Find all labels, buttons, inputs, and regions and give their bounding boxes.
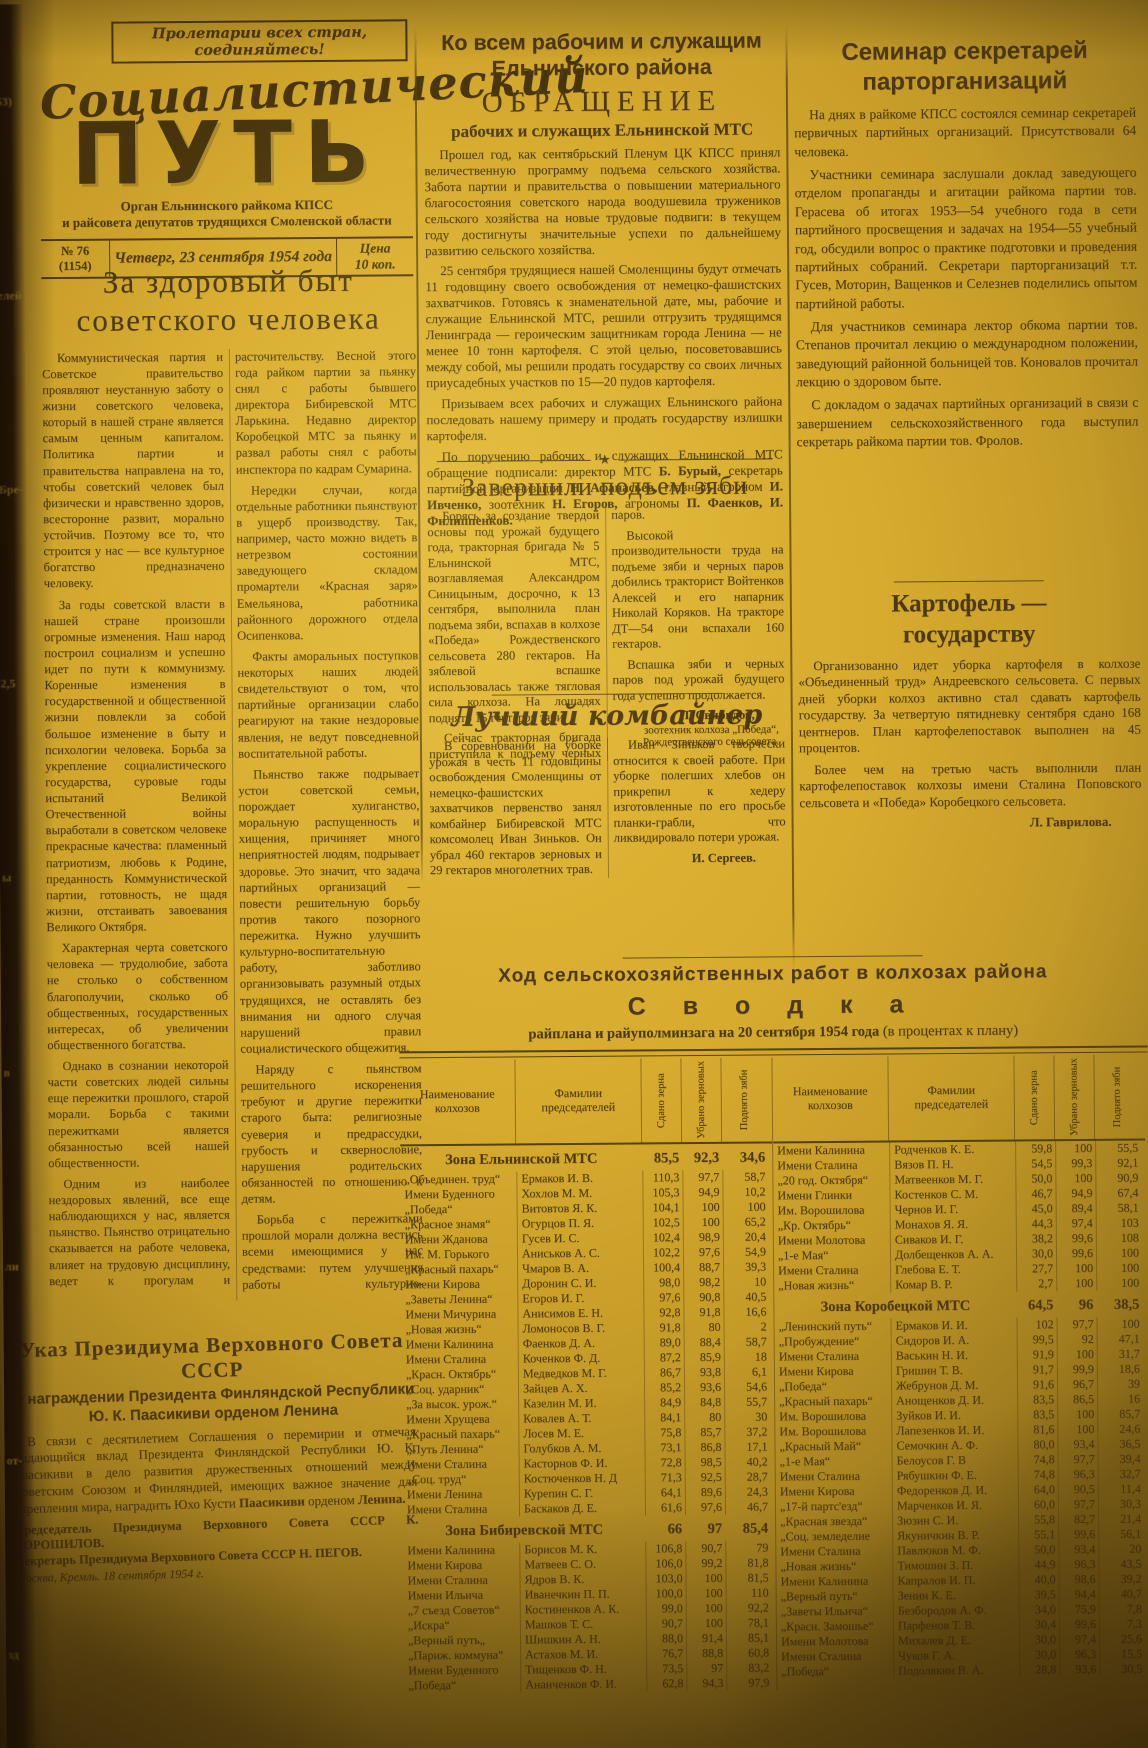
farm-name-cell: „Новая жизнь“ <box>776 1559 892 1575</box>
value-cell: 100 <box>1096 1246 1142 1261</box>
issue-number-main: № 76 <box>43 243 107 259</box>
zone-label: Зона Коробецкой МТС <box>774 1298 1016 1317</box>
chairman-cell: Васькин Н. И. <box>891 1348 1017 1364</box>
value-cell: 43,5 <box>1098 1557 1144 1572</box>
headline-plowing: Завершили подъем зяби <box>427 470 783 503</box>
farm-name-cell: Имени Калинина <box>403 1542 519 1558</box>
paragraph: Более чем на третью часть выполнили план… <box>799 759 1141 811</box>
value-cell: 44,3 <box>1016 1216 1056 1231</box>
value-cell: 21,4 <box>1098 1512 1144 1527</box>
chairman-cell: Монахов Я. Я. <box>890 1217 1016 1233</box>
farm-name-cell: Имени Мичурина <box>401 1306 517 1322</box>
zone-total: 38,5 <box>1096 1297 1142 1314</box>
farm-name-cell: „Пробуждение“ <box>775 1334 891 1350</box>
value-cell: 86,7 <box>644 1365 684 1380</box>
value-cell: 36,5 <box>1097 1437 1143 1452</box>
chairman-cell: Зюзин С. И. <box>892 1513 1018 1529</box>
paragraph: Пьянство также подрывает устои советской… <box>238 765 421 1057</box>
value-cell: 102,2 <box>643 1245 683 1260</box>
value-cell: 110 <box>726 1585 772 1600</box>
value-cell: 11,4 <box>1098 1482 1144 1497</box>
divider <box>894 580 1044 582</box>
farm-name-cell: Имени Сталина <box>403 1572 519 1588</box>
value-cell: 100 <box>683 1215 723 1230</box>
value-cell: 40,0 <box>1018 1572 1058 1587</box>
chairman-cell: Чернов И. Г. <box>890 1202 1016 1218</box>
article-body: Коммунистическая партия и Советское прав… <box>42 347 423 1302</box>
farm-name-cell: „Новая жизнь“ <box>774 1278 890 1294</box>
value-cell: 30,0 <box>1019 1647 1059 1662</box>
value-cell: 98,0 <box>643 1275 683 1290</box>
value-cell: 93,6 <box>1059 1662 1099 1677</box>
value-cell: 100 <box>1096 1317 1142 1332</box>
value-cell: 55,5 <box>1095 1141 1141 1156</box>
value-cell: 100 <box>1096 1276 1142 1291</box>
value-cell: 39,2 <box>1098 1572 1144 1587</box>
farm-name-cell: „Победа“ <box>777 1664 893 1680</box>
value-cell: 93,8 <box>684 1365 724 1380</box>
appeal-subtitle: рабочих и служащих Ельнинской МТС <box>424 119 780 142</box>
chairman-cell: Сидоров И. А. <box>891 1333 1017 1349</box>
header-farm-name: Наименование колхозов <box>399 1059 516 1144</box>
value-cell: 17,1 <box>724 1439 770 1454</box>
value-cell: 103,0 <box>645 1571 685 1586</box>
value-cell: 91,8 <box>683 1305 723 1320</box>
farm-name-cell: „Искра“ <box>404 1617 520 1633</box>
value-cell: 100 <box>1096 1261 1142 1276</box>
value-cell: 99,5 <box>1017 1332 1057 1347</box>
value-cell: 89,6 <box>685 1485 725 1500</box>
paragraph: Иван Зиньков творчески относится к своей… <box>613 736 786 846</box>
farm-name-cell: „Победа“ <box>401 1201 517 1217</box>
value-cell: 44,9 <box>1018 1557 1058 1572</box>
value-cell: 39,3 <box>723 1259 769 1274</box>
header-grain-delivered: Сдано зерна <box>1014 1055 1055 1139</box>
chairman-cell: Костенков С. М. <box>889 1187 1015 1203</box>
paragraph: Однако в сознании некоторой части советс… <box>47 1057 229 1171</box>
table-header: Наименование колхозов Фамилии председате… <box>399 1057 772 1146</box>
farm-name-cell: „Верный путь„ <box>404 1632 520 1648</box>
value-cell: 58,7 <box>722 1169 768 1184</box>
headline-seminar: Семинар секретарей парторганизаций <box>793 36 1135 99</box>
value-cell: 99,6 <box>1056 1246 1096 1261</box>
star-divider: ★ <box>437 450 773 469</box>
value-cell: 39,4 <box>1098 1452 1144 1467</box>
farm-name-cell: „Новая жизнь“ <box>402 1321 518 1337</box>
chairman-cell: Костиненков А. К. <box>520 1601 646 1617</box>
table-zone-row: Зона Ельнинской МТС85,592,334,6 <box>400 1143 772 1172</box>
chairman-cell: Родченков К. Е. <box>889 1142 1015 1158</box>
value-cell: 85,7 <box>1097 1407 1143 1422</box>
farm-name-cell: „Красный пахарь“ <box>401 1261 517 1277</box>
value-cell: 76,7 <box>646 1646 686 1661</box>
farm-name-cell: Имени Глинки <box>773 1188 889 1204</box>
text-run: орденом <box>305 1492 359 1508</box>
edge-text-fragment: зд <box>8 1648 19 1663</box>
paragraph: Организованно идет уборка картофеля в ко… <box>798 655 1141 757</box>
headline-combine-operator: Лучший комбайнер <box>429 699 785 733</box>
value-cell: 80,0 <box>1017 1437 1057 1452</box>
chairman-cell: Матвеенков М. Г. <box>889 1172 1015 1188</box>
farm-name-cell: Имени Сталина <box>402 1351 518 1367</box>
value-cell: 61,6 <box>645 1500 685 1515</box>
headline-line-2: государству <box>798 618 1140 652</box>
value-cell: 32,7 <box>1098 1467 1144 1482</box>
table-row: „Новая жизнь“Комар В. Р.2,7100100 <box>774 1276 1146 1294</box>
header-grain-harvested: Убрано зерновых <box>681 1058 722 1142</box>
value-cell: 108 <box>1096 1231 1142 1246</box>
value-cell: 96,3 <box>1058 1467 1098 1482</box>
farm-name-cell: Имени Калинина <box>773 1143 889 1159</box>
paragraph: Коммунистическая партия и Советское прав… <box>42 348 225 591</box>
farm-name-cell: Имени Сталина <box>773 1158 889 1174</box>
farm-name-cell: „Соц. ударник“ <box>402 1381 518 1397</box>
zone-total: 92,3 <box>682 1150 722 1167</box>
value-cell: 10 <box>723 1274 769 1289</box>
table-row: „Победа“Подолякин В. А.28,893,630,5 <box>777 1662 1148 1680</box>
vertical-label: Поднято зяби <box>1112 1066 1123 1127</box>
vertical-label: Сдано зерна <box>656 1073 667 1128</box>
zone-total: 64,5 <box>1016 1297 1056 1314</box>
farm-name-cell: Им. Ворошилова <box>775 1409 891 1425</box>
chairman-cell: Коченков Ф. Д. <box>518 1350 644 1366</box>
farm-name-cell: Имени Кирова <box>776 1484 892 1500</box>
paragraph: Л. Гаврилова. <box>800 814 1112 833</box>
organ-line-2: и райсовета депутатов трудящихся Смоленс… <box>41 213 413 232</box>
headline-line-2: парторганизаций <box>794 66 1136 99</box>
table-zone-row: Зона Бибиревской МТС669785,4 <box>403 1514 775 1543</box>
table-body-right: Имени КалининаРодченков К. Е.59,810055,5… <box>773 1141 1148 1680</box>
chairman-cell: Казелин М. И. <box>518 1395 644 1411</box>
value-cell: 7,8 <box>1099 1602 1145 1617</box>
farm-name-cell: Имени Сталина <box>403 1456 519 1472</box>
appeal-kicker-2: Ельнинского района <box>424 54 780 83</box>
chairman-cell: Борисов М. К. <box>519 1541 645 1557</box>
value-cell: 81,8 <box>725 1555 771 1570</box>
value-cell: 90,5 <box>1058 1482 1098 1497</box>
divider-line <box>619 458 773 460</box>
appeal-headline: ОБРАЩЕНИЕ <box>424 84 780 120</box>
value-cell: 86,5 <box>1057 1392 1097 1407</box>
farm-name-cell: Имени Сталина <box>776 1469 892 1485</box>
headline-line-1: За здоровый быт <box>41 261 415 302</box>
paragraph: Факты аморальных поступков некоторых наш… <box>237 647 419 761</box>
farm-name-cell: Имени Сталина <box>774 1263 890 1279</box>
value-cell: 97,4 <box>1056 1216 1096 1231</box>
zone-label: Зона Ельнинской МТС <box>400 1150 642 1169</box>
zone-total: 85,4 <box>725 1520 771 1537</box>
value-cell: 85,1 <box>726 1630 772 1645</box>
value-cell: 31,7 <box>1097 1347 1143 1362</box>
farm-name-cell: Имени Жданова <box>401 1231 517 1247</box>
table-row: Имени СталинаБаскаков Д. Е.61,697,646,7 <box>403 1499 775 1517</box>
farm-name-cell: „Соц. земледелие <box>776 1529 892 1545</box>
chairman-cell: Иванечкин П. П. <box>520 1586 646 1602</box>
value-cell: 39,5 <box>1019 1587 1059 1602</box>
farm-name-cell: „Красн. Октябрь“ <box>402 1366 518 1382</box>
value-cell: 46,7 <box>725 1499 771 1514</box>
paragraph: И. Сергеев. <box>614 850 756 867</box>
value-cell: 27,7 <box>1016 1261 1056 1276</box>
value-cell: 60,0 <box>1018 1497 1058 1512</box>
article-body: В соревновании на уборке урожая в честь … <box>429 736 786 878</box>
article-body: Организованно идет уборка картофеля в ко… <box>798 655 1141 833</box>
text-run: Паасикиви <box>239 1493 305 1510</box>
vertical-label: Убрано зерновых <box>695 1061 707 1139</box>
chairman-cell: Зайцев А. Х. <box>518 1380 644 1396</box>
value-cell: 91,9 <box>1017 1347 1057 1362</box>
edge-text-fragment: 53) <box>0 94 12 109</box>
article-seminar: Семинар секретарей парторганизаций На дн… <box>793 36 1138 457</box>
chairman-cell: Белоусов Г. В <box>892 1453 1018 1469</box>
zone-total: 66 <box>645 1521 685 1538</box>
value-cell: 16 <box>1097 1392 1143 1407</box>
farm-name-cell: „Кр. Октябрь“ <box>774 1218 890 1234</box>
edge-text-fragment: елей <box>0 288 22 303</box>
table-zone-row: Зона Коробецкой МТС64,59638,5 <box>774 1291 1146 1320</box>
column-divider <box>785 24 794 970</box>
star-icon: ★ <box>599 452 611 468</box>
newspaper-scan: 53)елейБре-2,5ывлиот-зд Пролетарии всех … <box>0 0 1148 1748</box>
chairman-cell: Ермаков И. И. <box>891 1318 1017 1334</box>
chairman-cell: Долбещенков А. А. <box>890 1247 1016 1263</box>
vertical-label: Сдано зерна <box>1029 1070 1040 1125</box>
value-cell: 100 <box>686 1586 726 1601</box>
value-cell: 54,6 <box>724 1379 770 1394</box>
value-cell: 105,3 <box>642 1185 682 1200</box>
header-grain-delivered: Сдано зерна <box>641 1058 682 1142</box>
value-cell: 56,1 <box>1098 1527 1144 1542</box>
farm-name-cell: „Красное знамя“ <box>401 1216 517 1232</box>
value-cell: 90,8 <box>683 1290 723 1305</box>
value-cell: 100 <box>1057 1422 1097 1437</box>
headline-potato: Картофель — государству <box>798 587 1140 652</box>
farm-name-cell: Имени Сталина <box>776 1544 892 1560</box>
paragraph: Призываем всех рабочих и служащих Ельнин… <box>426 394 782 445</box>
value-cell: 38,2 <box>1016 1231 1056 1246</box>
value-cell: 84,1 <box>644 1410 684 1425</box>
value-cell: 97,7 <box>1056 1317 1096 1332</box>
value-cell: 97,9 <box>726 1675 772 1690</box>
value-cell: 64,0 <box>1018 1482 1058 1497</box>
farm-name-cell: Имени Кирова <box>775 1364 891 1380</box>
kolkhoz-table: Наименование колхозов Фамилии председате… <box>399 1055 1148 1694</box>
value-cell: 88,7 <box>683 1260 723 1275</box>
value-cell: 100 <box>723 1199 769 1214</box>
value-cell: 40,2 <box>725 1454 771 1469</box>
value-cell: 75,9 <box>1059 1602 1099 1617</box>
value-cell: 45,0 <box>1016 1201 1056 1216</box>
value-cell: 80 <box>684 1410 724 1425</box>
value-cell: 84,8 <box>684 1395 724 1410</box>
chairman-cell: Зенин К. Е. <box>893 1588 1019 1604</box>
edge-text-fragment: в <box>3 1065 10 1080</box>
chairman-cell: Федоренков Д. И. <box>892 1483 1018 1499</box>
chairman-cell: Медведков М. Г. <box>518 1365 644 1381</box>
farm-name-cell: „Путь Ленина“ <box>402 1441 518 1457</box>
chairman-cell: Тищенков Ф. Н. <box>520 1661 646 1677</box>
value-cell: 100 <box>1057 1407 1097 1422</box>
farm-name-cell: „7 съезд Советов“ <box>404 1602 520 1618</box>
article-potato: Картофель — государству Организованно ид… <box>798 580 1142 833</box>
chairman-cell: Егоров И. Г. <box>517 1290 643 1306</box>
value-cell: 100 <box>1056 1261 1096 1276</box>
chairman-cell: Доронин С. И. <box>517 1275 643 1291</box>
header-chairman: Фамилии председателей <box>888 1056 1015 1141</box>
headline-line-1: Семинар секретарей <box>793 36 1135 69</box>
farm-name-cell: „1-е Мая“ <box>774 1248 890 1264</box>
paragraph: В связи с десятилетием Соглашения о пере… <box>12 1423 418 1518</box>
farm-name-cell: „Красн. Замошье“ <box>777 1619 893 1635</box>
edge-text-fragment: 2,5 <box>0 677 15 692</box>
article-combine-operator: Лучший комбайнер В соревновании на уборк… <box>429 692 786 878</box>
value-cell: 65,2 <box>723 1214 769 1229</box>
headline-line-1: Картофель — <box>798 587 1140 621</box>
farm-name-cell: Имени Буденного <box>404 1662 520 1678</box>
farm-name-cell: „Победа“ <box>775 1379 891 1395</box>
header-farm-name: Наименование колхозов <box>772 1057 889 1142</box>
decree-body: В связи с десятилетием Соглашения о пере… <box>12 1423 418 1518</box>
value-cell: 28,8 <box>1019 1662 1059 1677</box>
chairman-cell: Рябушкин Ф. Е. <box>892 1468 1018 1484</box>
masthead: Пролетарии всех стран, соединяйтесь! Соц… <box>39 19 413 279</box>
farm-name-cell: „20 год. Октября“ <box>773 1173 889 1189</box>
chairman-cell: Михалев Д. Е. <box>893 1633 1019 1649</box>
value-cell: 50,0 <box>1018 1542 1058 1557</box>
value-cell: 18 <box>724 1349 770 1364</box>
value-cell: 91,4 <box>686 1631 726 1646</box>
chairman-cell: Огурцов П. Я. <box>517 1215 643 1231</box>
chairman-cell: Павлюков М. Ф. <box>892 1543 1018 1559</box>
value-cell: 97,6 <box>683 1245 723 1260</box>
value-cell: 28,7 <box>725 1469 771 1484</box>
headline-healthy-life: За здоровый быт советского человека <box>41 261 416 340</box>
value-cell: 30 <box>724 1409 770 1424</box>
value-cell: 54,5 <box>1015 1156 1055 1171</box>
value-cell: 94,3 <box>686 1676 726 1691</box>
chairman-cell: Якуничкин В. Р. <box>892 1528 1018 1544</box>
value-cell: 99,9 <box>1057 1362 1097 1377</box>
value-cell: 97,7 <box>1058 1497 1098 1512</box>
value-cell: 30,4 <box>1019 1617 1059 1632</box>
value-cell: 93,4 <box>1057 1437 1097 1452</box>
value-cell: 98,9 <box>683 1230 723 1245</box>
value-cell: 88,8 <box>686 1646 726 1661</box>
value-cell: 50,0 <box>1015 1171 1055 1186</box>
value-cell: 24,6 <box>1097 1422 1143 1437</box>
value-cell: 58,7 <box>724 1334 770 1349</box>
farm-name-cell: „За высок. урож.“ <box>402 1396 518 1412</box>
value-cell: 62,8 <box>646 1676 686 1691</box>
value-cell: 96,3 <box>1058 1557 1098 1572</box>
zone-total: 96 <box>1056 1297 1096 1314</box>
value-cell: 92,2 <box>726 1600 772 1615</box>
chairman-cell: Хохлов М. М. <box>516 1185 642 1201</box>
farm-name-cell: „Заветы Ильича“ <box>777 1604 893 1620</box>
table-body-left: Зона Ельнинской МТС85,592,334,6„Объедине… <box>400 1143 776 1693</box>
paragraph: За годы советской власти в нашей стране … <box>44 595 228 935</box>
value-cell: 100,4 <box>643 1260 683 1275</box>
summary-subtitle: райплана и райуполминзага на 20 сентября… <box>399 1022 1147 1045</box>
value-cell: 94,9 <box>682 1185 722 1200</box>
farm-name-cell: „Объединен. труд“ <box>400 1171 516 1187</box>
chairman-cell: Лосев М. Е. <box>518 1425 644 1441</box>
table-right-half: Наименование колхозов Фамилии председате… <box>771 1055 1148 1691</box>
farm-name-cell: „Париж. коммуна“ <box>404 1647 520 1663</box>
chairman-cell: Машков Т. С. <box>520 1616 646 1632</box>
value-cell: 55,1 <box>1018 1527 1058 1542</box>
paragraph: Наряду с пьянством решительного искорене… <box>240 1060 422 1207</box>
summary-title: С в о д к а <box>399 989 1147 1024</box>
appeal-kicker: Ко всем рабочим и служащим Ельнинского р… <box>423 28 779 82</box>
value-cell: 99,0 <box>646 1601 686 1616</box>
article-healthy-life: За здоровый быт советского человека Комм… <box>41 261 423 1302</box>
farm-name-cell: Имени Кирова <box>401 1276 517 1292</box>
chairman-cell: Курепин С. Г. <box>519 1485 645 1501</box>
farm-name-cell: Имени Сталина <box>403 1501 519 1517</box>
value-cell: 20,4 <box>723 1229 769 1244</box>
header-fallow-plowed: Поднято зяби <box>1094 1055 1141 1139</box>
vertical-label: Убрано зерновых <box>1068 1058 1080 1136</box>
value-cell: 110,3 <box>642 1170 682 1185</box>
value-cell: 20 <box>1098 1542 1144 1557</box>
price-label: Цена <box>339 240 411 257</box>
table-row: „Победа“Ананченков Ф. И.62,894,397,9 <box>404 1675 776 1693</box>
value-cell: 34,0 <box>1019 1602 1059 1617</box>
value-cell: 40,7 <box>1099 1587 1145 1602</box>
farm-name-cell: Имени Молотова <box>777 1634 893 1650</box>
paragraph: Характерная черта советского человека — … <box>47 939 229 1053</box>
article-decree: Указ Президиума Верховного Совета СССР О… <box>9 1327 420 1586</box>
value-cell: 55,7 <box>724 1394 770 1409</box>
value-cell: 100 <box>1057 1347 1097 1362</box>
value-cell: 91,8 <box>644 1320 684 1335</box>
value-cell: 97,7 <box>1058 1452 1098 1467</box>
value-cell: 64,1 <box>645 1485 685 1500</box>
value-cell: 86,8 <box>684 1440 724 1455</box>
value-cell: 99,6 <box>1059 1617 1099 1632</box>
chairman-cell: Баскаков Д. Е. <box>519 1500 645 1516</box>
value-cell: 67,4 <box>1095 1186 1141 1201</box>
chairman-cell: Семочкин А. Ф. <box>891 1438 1017 1454</box>
summary-section: Ход сельскохозяйственных работ в колхоза… <box>399 954 1148 1694</box>
value-cell: 92,1 <box>1095 1156 1141 1171</box>
chairman-cell: Подолякин В. А. <box>893 1663 1019 1679</box>
paragraph: Нередки случаи, когда отдельные работник… <box>236 481 418 644</box>
value-cell: 92,8 <box>643 1305 683 1320</box>
edge-text-fragment: от- <box>7 1453 23 1468</box>
chairman-cell: Аниськов А. С. <box>517 1245 643 1261</box>
paragraph: Участники семинара заслушали доклад заве… <box>794 164 1137 314</box>
paragraph: В соревновании на уборке урожая в честь … <box>429 738 602 879</box>
value-cell: 97,6 <box>643 1290 683 1305</box>
farm-name-cell: „Победа“ <box>404 1677 520 1693</box>
chairman-cell: Чуков Г. А. <box>893 1648 1019 1664</box>
value-cell: 98,5 <box>685 1455 725 1470</box>
value-cell: 99,3 <box>1055 1156 1095 1171</box>
divider <box>623 955 923 958</box>
value-cell: 97,7 <box>682 1170 722 1185</box>
value-cell: 99,6 <box>1058 1527 1098 1542</box>
masthead-slogan: Пролетарии всех стран, соединяйтесь! <box>111 19 407 63</box>
farm-name-cell: „Заветы Ленина“ <box>401 1291 517 1307</box>
chairman-cell: Ермаков И. В. <box>516 1170 642 1186</box>
farm-name-cell: Имени Буденного <box>400 1186 516 1202</box>
farm-name-cell: „17-й партс'езд“ <box>776 1499 892 1515</box>
farm-name-cell: Им. М. Горького <box>401 1246 517 1262</box>
farm-name-cell: Имени Сталина <box>775 1349 891 1365</box>
value-cell: 7,3 <box>1099 1617 1145 1632</box>
